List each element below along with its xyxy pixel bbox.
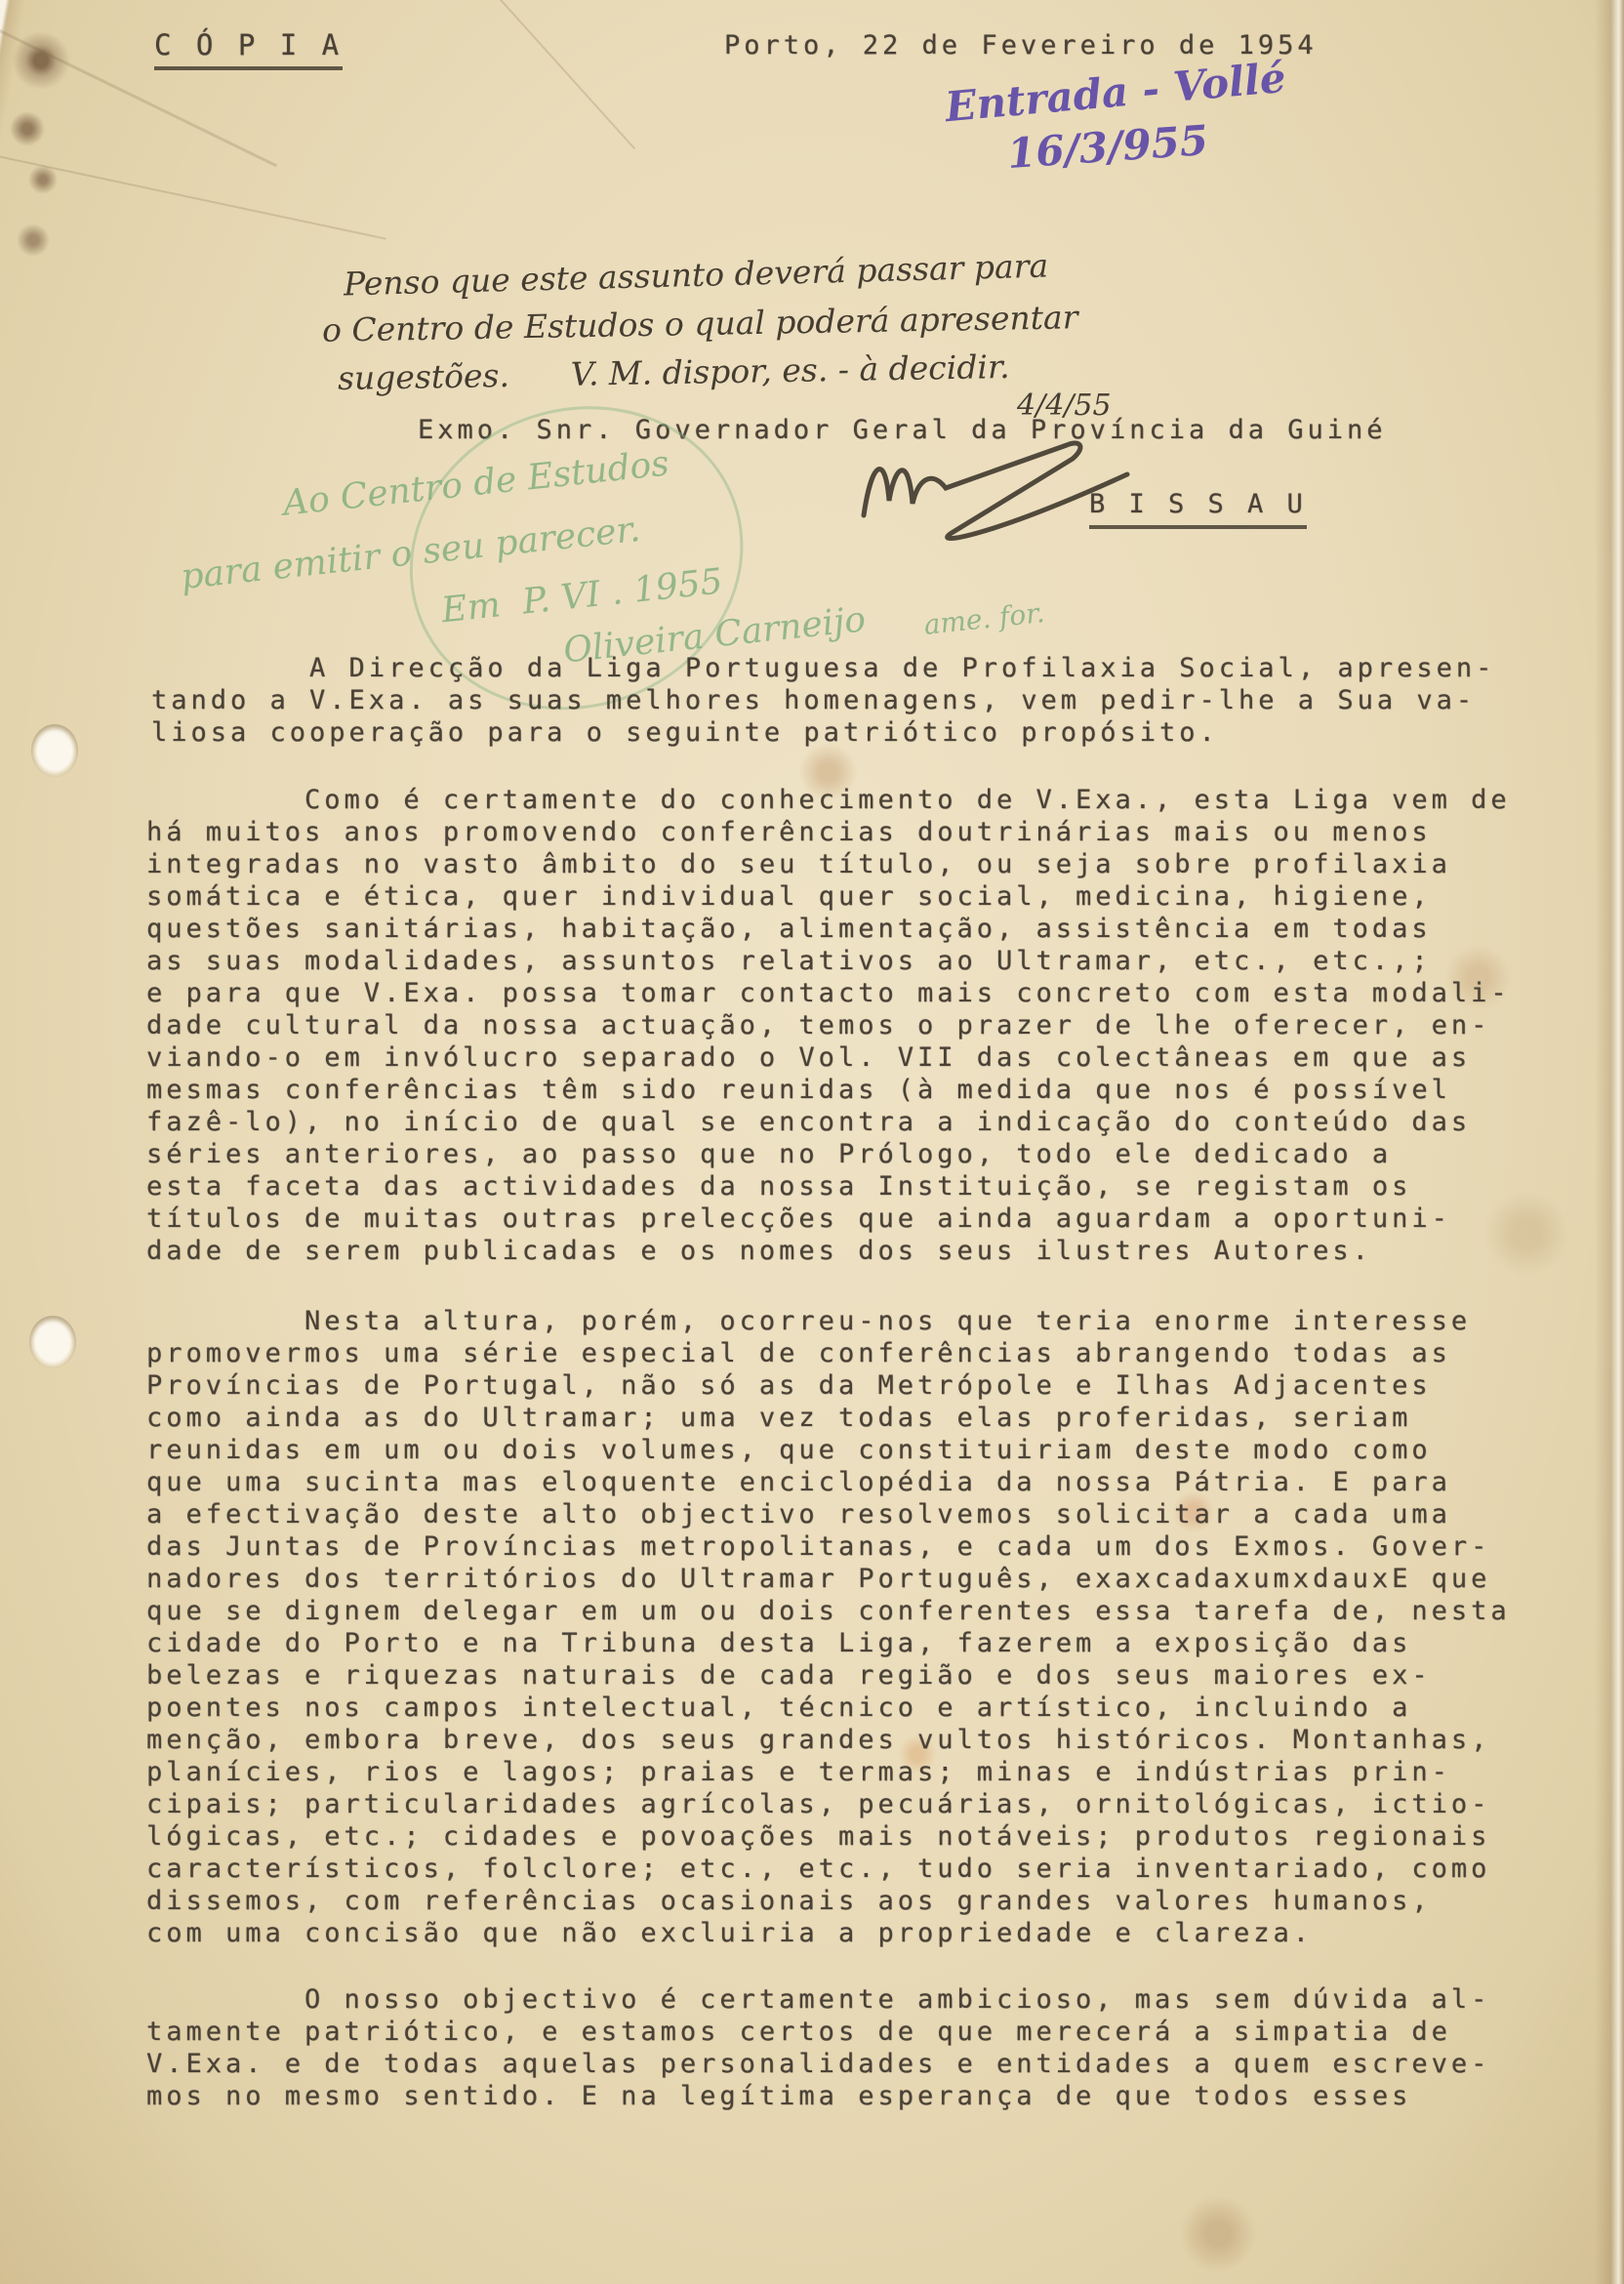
ink-note-line3: sugestões. V. M. dispor, es. - à decidir… <box>338 347 1010 397</box>
copy-label: C Ó P I A <box>154 29 343 70</box>
punch-hole <box>29 1316 76 1368</box>
document-page: C Ó P I A Porto, 22 de Fevereiro de 1954… <box>0 0 1624 2284</box>
dateline: Porto, 22 de Fevereiro de 1954 <box>724 29 1318 61</box>
ink-note-line1: Penso que este assunto deverá passar par… <box>344 247 1049 304</box>
paragraph-1: A Direcção da Liga Portuguesa de Profila… <box>151 652 1576 749</box>
green-note-extra: ame. for. <box>922 596 1046 641</box>
paragraph-4: O nosso objectivo é certamente ambicioso… <box>146 1983 1581 2112</box>
page-edge-shadow <box>1595 0 1624 2284</box>
paper-tear-top-left <box>0 0 137 351</box>
paragraph-3: Nesta altura, porém, ocorreu-nos que ter… <box>146 1305 1581 1949</box>
entry-annotation-line2: 16/3/955 <box>1006 116 1210 178</box>
entry-annotation-line1: Entrada - Vollé <box>944 54 1288 131</box>
ink-note-line2: o Centro de Estudos o qual poderá aprese… <box>322 298 1078 349</box>
paragraph-2: Como é certamente do conhecimento de V.E… <box>146 784 1581 1267</box>
paper-crease <box>438 0 635 149</box>
punch-hole <box>31 724 78 777</box>
